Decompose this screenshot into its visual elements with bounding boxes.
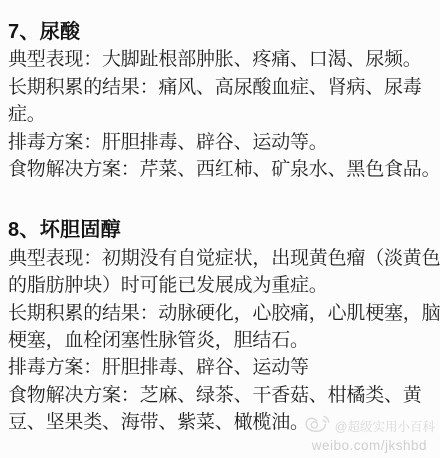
section-bad-cholesterol: 8、坏胆固醇 典型表现：初期没有自觉症状，出现黄色瘤（淡黄色 的脂肪肿块）时可能… (8, 217, 440, 436)
text-line: 食物解决方案：芹菜、西红柿、矿泉水、黑色食品。 (8, 156, 440, 183)
text-line: 典型表现：大脚趾根部肿胀、疼痛、口渴、尿频。 (8, 46, 440, 73)
text-line: 食物解决方案：芝麻、绿茶、干香菇、柑橘类、黄 (8, 382, 440, 409)
text-line: 症。 (8, 101, 440, 128)
text-line: 长期积累的结果：痛风、高尿酸血症、肾病、尿毒 (8, 74, 440, 101)
text-line: 的脂肪肿块）时可能已发展成为重症。 (8, 272, 440, 299)
text-line: 典型表现：初期没有自觉症状，出现黄色瘤（淡黄色 (8, 245, 440, 272)
health-tips-document: 7、尿酸 典型表现：大脚趾根部肿胀、疼痛、口渴、尿频。 长期积累的结果：痛风、高… (0, 0, 440, 458)
weibo-logo-icon (304, 414, 332, 437)
section-heading: 7、尿酸 (8, 19, 440, 46)
watermark-url: weibo.com/jkshbd (304, 438, 435, 453)
section-heading: 8、坏胆固醇 (8, 217, 440, 244)
text-line: 排毒方案：肝胆排毒、辟谷、运动等 (8, 354, 440, 381)
text-line: 梗塞，血栓闭塞性脉管炎，胆结石。 (8, 327, 440, 354)
text-line: 长期积累的结果：动脉硬化，心胶痛，心肌梗塞，脑 (8, 300, 440, 327)
weibo-watermark: @超级实用小百科 weibo.com/jkshbd (304, 414, 435, 453)
text-line: 排毒方案：肝胆排毒、辟谷、运动等。 (8, 129, 440, 156)
watermark-account: @超级实用小百科 (335, 417, 435, 435)
section-uric-acid: 7、尿酸 典型表现：大脚趾根部肿胀、疼痛、口渴、尿频。 长期积累的结果：痛风、高… (8, 19, 440, 183)
